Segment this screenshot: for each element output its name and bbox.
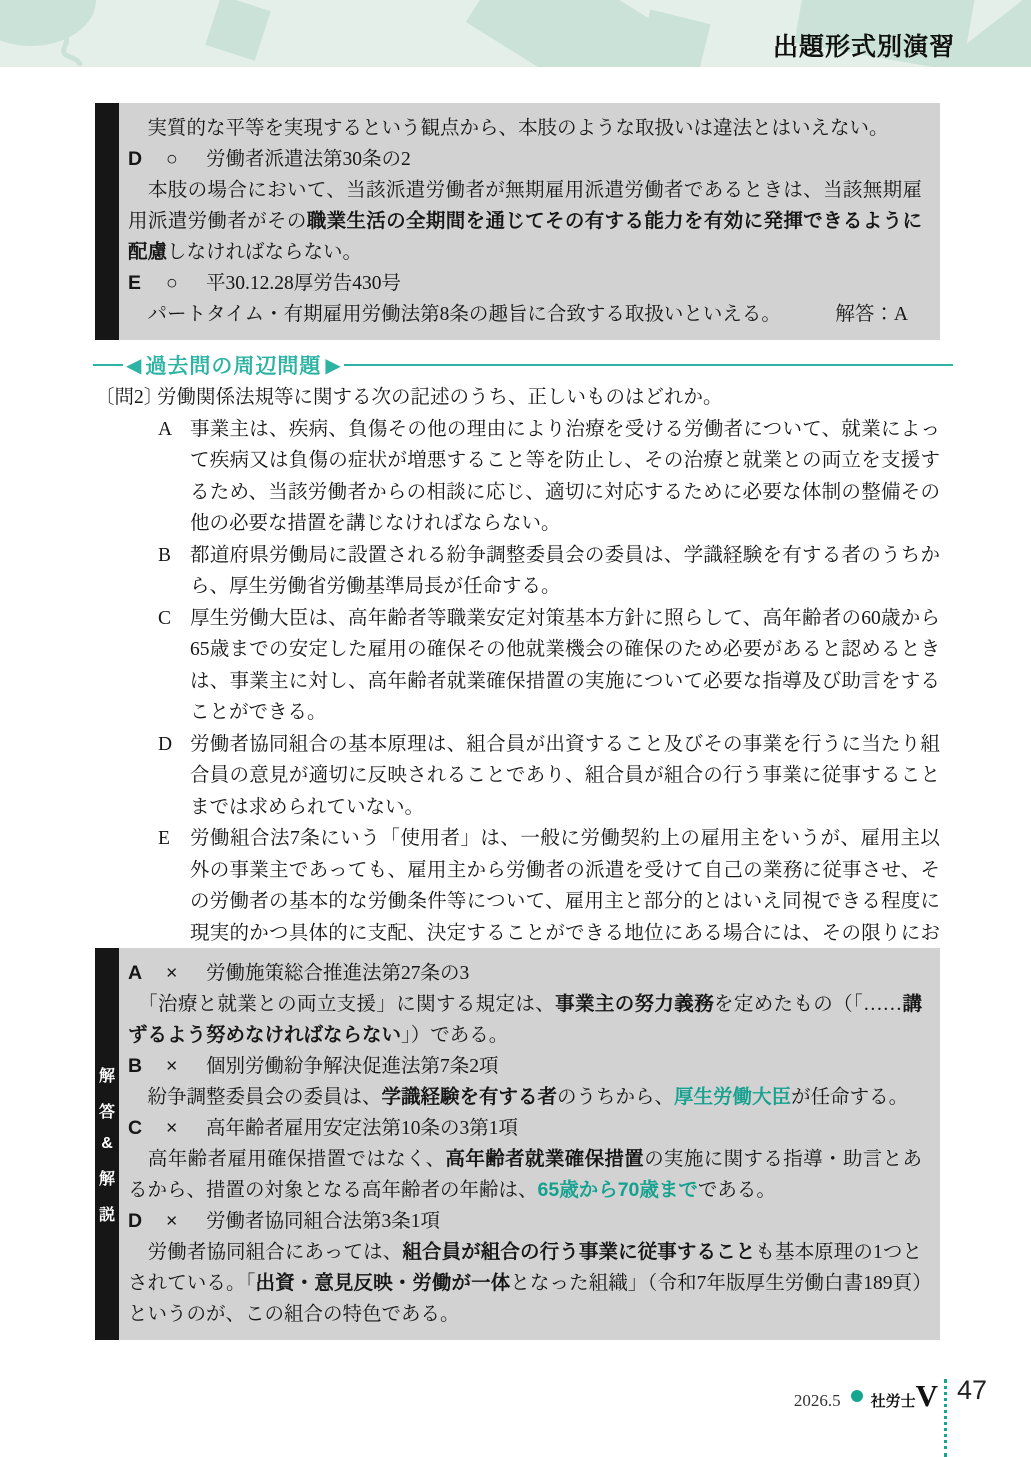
- answer-explanation-box: 解 答 & 解 説 A × 労働施策総合推進法第27条の3 「治療と就業との両立…: [95, 948, 940, 1340]
- wrong-mark-icon: ×: [166, 958, 206, 989]
- answer-item-d: D ○ 労働者派遣法第30条の2: [128, 144, 922, 175]
- answer-item-c: C × 高年齢者雇用安定法第10条の3第1項: [128, 1113, 922, 1144]
- answer-letter: D: [128, 1206, 166, 1237]
- explanation-text: 紛争調整委員会の委員は、学識経験を有する者のうちから、厚生労働大臣が任命する。: [128, 1082, 922, 1113]
- magazine-page: 出題形式別演習 実質的な平等を実現するという観点から、本肢のような取扱いは違法と…: [0, 0, 1031, 1457]
- answer-text: パートタイム・有期雇用労働法第8条の趣旨に合致する取扱いといえる。: [128, 299, 781, 330]
- explanation-text: 「治療と就業との両立支援」に関する規定は、事業主の努力義務を定めたもの（「……講…: [128, 989, 922, 1051]
- answer-letter: D: [128, 144, 166, 175]
- answer-item-a: A × 労働施策総合推進法第27条の3: [128, 958, 922, 989]
- answer-letter: C: [128, 1113, 166, 1144]
- answer-item-b: B × 個別労働紛争解決促進法第7条2項: [128, 1051, 922, 1082]
- issue-date: 2026.5: [794, 1391, 841, 1411]
- final-answer-label: 解答：A: [835, 299, 922, 330]
- teal-dot-icon: [851, 1390, 863, 1402]
- answer-box-continued: 実質的な平等を実現するという観点から、本肢のような取扱いは違法とはいえない。 D…: [95, 103, 940, 340]
- question-option-d: D 労働者協同組合の基本原理は、組合員が出資すること及びその事業を行うに当たり組…: [158, 729, 940, 824]
- question-number: 〔問2〕: [95, 382, 157, 414]
- wrong-mark-icon: ×: [166, 1113, 206, 1144]
- section-title: 過去問の周辺問題: [145, 350, 321, 380]
- brand-name-small: 社労士: [871, 1390, 916, 1411]
- law-reference: 個別労働紛争解決促進法第7条2項: [206, 1051, 922, 1082]
- law-reference: 平30.12.28厚労告430号: [206, 268, 922, 299]
- explanation-text: 労働者協同組合にあっては、組合員が組合の行う事業に従事することも基本原理の1つと…: [128, 1237, 922, 1330]
- sidebar-char: &: [101, 1135, 113, 1153]
- law-reference: 労働施策総合推進法第27条の3: [206, 958, 922, 989]
- wrong-mark-icon: ×: [166, 1051, 206, 1082]
- section-header: ◀ 過去問の周辺問題 ▶: [93, 352, 953, 378]
- closing-line: パートタイム・有期雇用労働法第8条の趣旨に合致する取扱いといえる。 解答：A: [128, 299, 922, 330]
- dotted-divider: [944, 1379, 947, 1457]
- law-reference: 労働者協同組合法第3条1項: [206, 1206, 922, 1237]
- question-lead: 〔問2〕 労働関係法規等に関する次の記述のうち、正しいものはどれか。: [95, 382, 940, 414]
- option-text: 事業主は、疾病、負傷その他の理由により治療を受ける労働者について、就業によって疾…: [190, 414, 940, 540]
- answer-letter: E: [128, 268, 166, 299]
- answer-box-content: 実質的な平等を実現するという観点から、本肢のような取扱いは違法とはいえない。 D…: [119, 103, 940, 340]
- answer-item-e: E ○ 平30.12.28厚労告430号: [128, 268, 922, 299]
- answer-letter: A: [128, 958, 166, 989]
- answer-item-d: D × 労働者協同組合法第3条1項: [128, 1206, 922, 1237]
- sidebar-char: 解: [99, 1063, 115, 1086]
- question-option-c: C 厚生労働大臣は、高年齢者等職業安定対策基本方針に照らして、高年齢者の60歳か…: [158, 603, 940, 729]
- answer-text: 実質的な平等を実現するという観点から、本肢のような取扱いは違法とはいえない。: [128, 113, 922, 144]
- question-option-b: B 都道府県労働局に設置される紛争調整委員会の委員は、学識経験を有する者のうちか…: [158, 540, 940, 603]
- answer-text: 本肢の場合において、当該派遣労働者が無期雇用派遣労働者であるときは、当該無期雇用…: [128, 175, 922, 268]
- option-text: 都道府県労働局に設置される紛争調整委員会の委員は、学識経験を有する者のうちから、…: [190, 540, 940, 603]
- answer-letter: B: [128, 1051, 166, 1082]
- tilted-square-shape: [205, 0, 271, 61]
- squiggle-shape: [56, 20, 108, 66]
- sidebar-char: 答: [99, 1099, 115, 1122]
- sidebar-char: 解: [99, 1166, 115, 1189]
- question-block: 〔問2〕 労働関係法規等に関する次の記述のうち、正しいものはどれか。 A 事業主…: [95, 382, 940, 981]
- option-letter: B: [158, 540, 190, 603]
- option-text: 厚生労働大臣は、高年齢者等職業安定対策基本方針に照らして、高年齢者の60歳から6…: [190, 603, 940, 729]
- question-lead-text: 労働関係法規等に関する次の記述のうち、正しいものはどれか。: [157, 382, 940, 414]
- law-reference: 高年齢者雇用安定法第10条の3第1項: [206, 1113, 922, 1144]
- answer-box-content: A × 労働施策総合推進法第27条の3 「治療と就業との両立支援」に関する規定は…: [119, 948, 940, 1340]
- correct-mark-icon: ○: [166, 144, 206, 175]
- explanation-text: 高年齢者雇用確保措置ではなく、高年齢者就業確保措置の実施に関する指導・助言とある…: [128, 1144, 922, 1206]
- question-option-a: A 事業主は、疾病、負傷その他の理由により治療を受ける労働者について、就業によっ…: [158, 414, 940, 540]
- page-number: 47: [957, 1375, 987, 1406]
- header-band: 出題形式別演習: [0, 0, 1031, 67]
- answer-box-black-bar: [95, 103, 119, 340]
- footer: 2026.5 社労士 V: [794, 1380, 938, 1411]
- page-header-title: 出題形式別演習: [773, 27, 955, 63]
- sidebar-vertical-label: 解 答 & 解 説: [99, 1063, 115, 1225]
- answer-box-sidebar: 解 答 & 解 説: [95, 948, 119, 1340]
- section-label-wrap: ◀ 過去問の周辺問題 ▶: [123, 352, 344, 378]
- option-letter: A: [158, 414, 190, 540]
- option-letter: D: [158, 729, 190, 824]
- option-letter: C: [158, 603, 190, 729]
- brand-logo-v: V: [916, 1380, 938, 1411]
- law-reference: 労働者派遣法第30条の2: [206, 144, 922, 175]
- right-arrow-icon: ▶: [325, 355, 340, 375]
- wrong-mark-icon: ×: [166, 1206, 206, 1237]
- option-text: 労働者協同組合の基本原理は、組合員が出資すること及びその事業を行うに当たり組合員…: [190, 729, 940, 824]
- left-arrow-icon: ◀: [126, 355, 141, 375]
- sidebar-char: 説: [99, 1202, 115, 1225]
- correct-mark-icon: ○: [166, 268, 206, 299]
